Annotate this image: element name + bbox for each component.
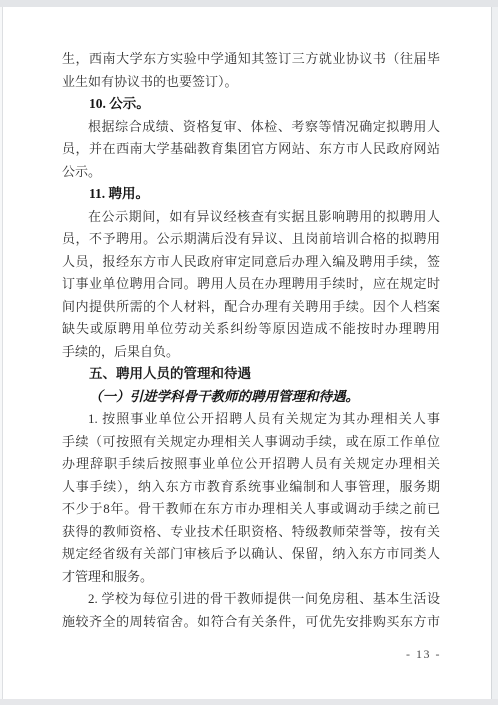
text-line: 间内提供所需的个人材料，配合办理有关聘用手续。因个人档案 (62, 296, 440, 319)
text-line: 手续（可按照有关规定办理相关人事调动手续，或在原工作单位 (62, 431, 440, 454)
text-line: 在公示期间，如有异议经核查有实据且影响聘用的拟聘用人 (62, 206, 440, 229)
text-line: 公示。 (62, 161, 440, 184)
subsection-heading: （一）引进学科骨干教师的聘用管理和待遇。 (62, 386, 440, 409)
text-line: 员，不予聘用。公示期满后没有异议、且岗前培训合格的拟聘用 (62, 228, 440, 251)
text-line: 员，并在西南大学基础教育集团官方网站、东方市人民政府网站 (62, 138, 440, 161)
text-line: 1. 按照事业单位公开招聘人员有关规定为其办理相关人事 (62, 408, 440, 431)
text-line: 办理辞职手续后按照事业单位公开招聘人员有关规定办理相关 (62, 453, 440, 476)
document-page: 生，西南大学东方实验中学通知其签订三方就业协议书（往届毕 业生如有协议书的也要签… (0, 0, 498, 705)
text-line: 人事手续），纳入东方市教育系统事业编制和人事管理，服务期 (62, 476, 440, 499)
text-line: 2. 学校为每位引进的骨干教师提供一间免房租、基本生活设 (62, 588, 440, 611)
text-line: 缺失或原聘用单位劳动关系纠纷等原因造成不能按时办理聘用 (62, 318, 440, 341)
text-line: 获得的教师资格、专业技术任职资格、特级教师荣誉等，按有关 (62, 521, 440, 544)
text-line: 不少于8年。骨干教师在东方市办理相关人事或调动手续之前已 (62, 498, 440, 521)
text-line: 根据综合成绩、资格复审、体检、考察等情况确定拟聘用人 (62, 116, 440, 139)
page-edge-right (491, 7, 498, 699)
page-edge-top (0, 0, 498, 7)
text-line: 人员，报经东方市人民政府审定同意后办理入编及聘用手续，签 (62, 251, 440, 274)
text-line: 规定经省级有关部门审核后予以确认、保留，纳入东方市同类人 (62, 543, 440, 566)
numbered-heading: 10. 公示。 (62, 93, 440, 116)
page-edge-left (0, 7, 3, 699)
section-heading: 五、聘用人员的管理和待遇 (62, 363, 440, 386)
text-line: 才管理和服务。 (62, 566, 440, 589)
numbered-heading: 11. 聘用。 (62, 183, 440, 206)
text-line: 订事业单位聘用合同。聘用人员在办理聘用手续时，应在规定时 (62, 273, 440, 296)
document-body: 生，西南大学东方实验中学通知其签订三方就业协议书（往届毕 业生如有协议书的也要签… (62, 48, 440, 633)
page-edge-bottom (0, 699, 498, 705)
text-line: 施较齐全的周转宿舍。如符合有关条件，可优先安排购买东方市 (62, 611, 440, 634)
text-line: 业生如有协议书的也要签订）。 (62, 71, 440, 94)
text-line: 手续的，后果自负。 (62, 341, 440, 364)
text-line: 生，西南大学东方实验中学通知其签订三方就业协议书（往届毕 (62, 48, 440, 71)
page-number: - 13 - (406, 647, 441, 662)
